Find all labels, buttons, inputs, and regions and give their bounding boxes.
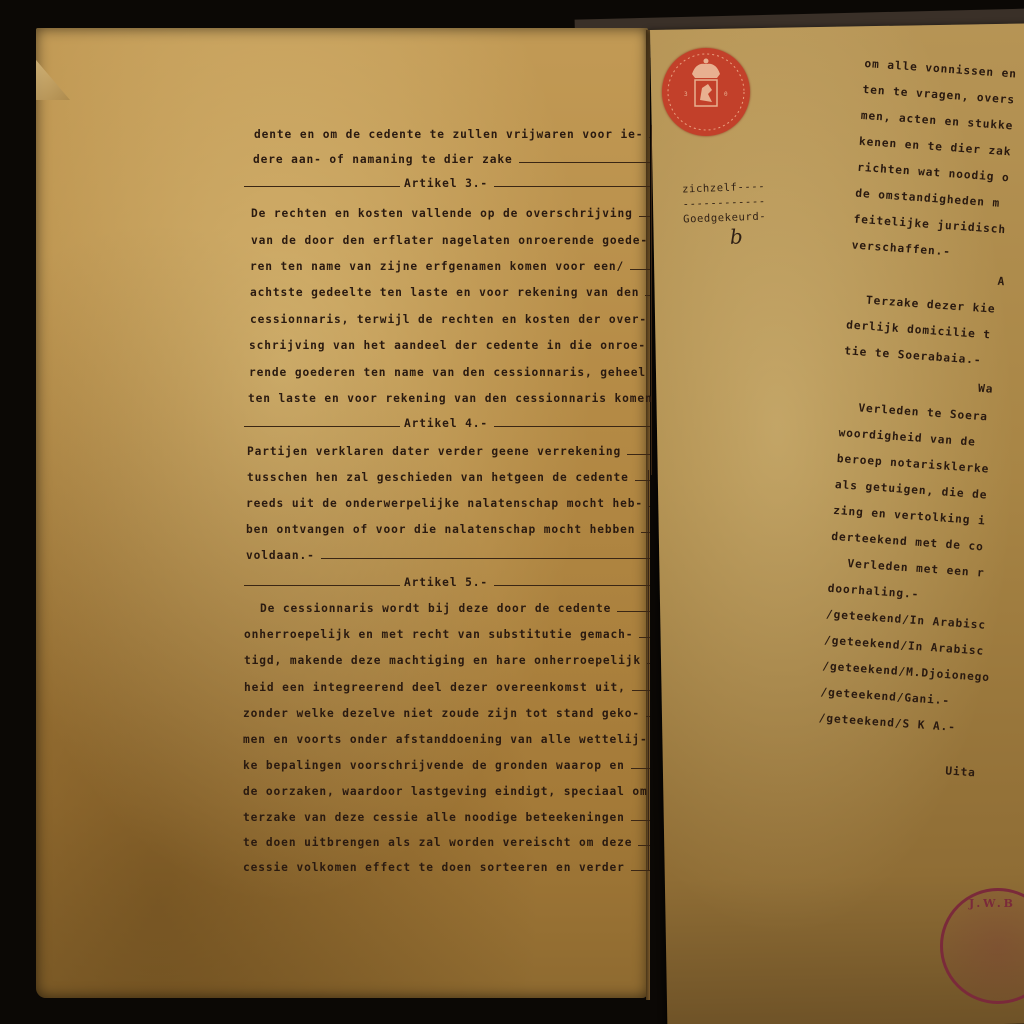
line-text: tusschen hen zal geschieden van hetgeen … <box>247 470 629 486</box>
svg-text:0: 0 <box>724 91 728 98</box>
line-text: A <box>997 274 1006 290</box>
typed-line: ke bepalingen voorschrijvende de gronden… <box>243 758 650 774</box>
typed-line: terzake van deze cessie alle noodige bet… <box>243 810 650 826</box>
crown-lion-emblem-icon: 3 0 <box>662 48 750 136</box>
typed-line: te doen uitbrengen als zal worden vereis… <box>243 835 650 851</box>
leader-rule <box>649 506 650 507</box>
typed-line: heid een integreerend deel dezer overeen… <box>244 680 650 696</box>
line-text: cessionnaris, terwijl de rechten en kost… <box>250 312 647 328</box>
heading-text: Artikel 3.- <box>404 176 488 192</box>
notary-seal-text: J.W.B <box>969 897 1016 910</box>
line-text: terzake van deze cessie alle noodige bet… <box>243 810 625 826</box>
right-margin-rule-lower <box>648 470 649 870</box>
line-text: Uita <box>945 763 977 781</box>
line-text: onherroepelijk en met recht van substitu… <box>244 627 633 643</box>
typed-line: reeds uit de onderwerpelijke nalatenscha… <box>246 496 650 512</box>
typed-line: rende goederen ten name van den cessionn… <box>249 365 650 381</box>
typed-line: de oorzaken, waardoor lastgeving eindigt… <box>243 784 650 800</box>
line-text: dere aan- of namaning te dier zake <box>253 152 513 168</box>
leader-rule <box>627 454 650 455</box>
leader-rule <box>639 216 650 217</box>
typed-line: cessionnaris, terwijl de rechten en kost… <box>250 312 650 328</box>
line-text: ke bepalingen voorschrijvende de gronden… <box>243 758 625 774</box>
typed-line: men en voorts onder afstanddoening van a… <box>243 732 650 748</box>
line-text: tigd, makende deze machtiging en hare on… <box>244 653 641 669</box>
handwritten-initial: b <box>730 229 768 245</box>
typed-line: van de door den erflater nagelaten onroe… <box>251 233 650 249</box>
typed-line: Partijen verklaren dater verder geene ve… <box>247 444 650 460</box>
leader-rule <box>244 186 400 187</box>
svg-text:3: 3 <box>684 91 688 98</box>
line-text: Wa <box>978 381 994 398</box>
typed-line: achtste gedeelte ten laste en voor reken… <box>250 285 650 301</box>
typed-line: voldaan.- <box>246 548 650 564</box>
typed-line: De cessionnaris wordt bij deze door de c… <box>260 601 650 617</box>
line-text: De rechten en kosten vallende op de over… <box>251 206 633 222</box>
typed-line: dente en om de cedente te zullen vrijwar… <box>254 127 650 143</box>
typed-line: A <box>997 274 1006 290</box>
red-crown-seal: 3 0 <box>662 48 750 136</box>
typed-line: tigd, makende deze machtiging en hare on… <box>244 653 650 669</box>
typed-line: tusschen hen zal geschieden van hetgeen … <box>247 470 650 486</box>
article-heading: Artikel 5.- <box>244 575 650 591</box>
line-text: dente en om de cedente te zullen vrijwar… <box>254 127 643 143</box>
typed-line: Uita <box>945 763 977 781</box>
notation-line: Goedgekeurd- <box>683 210 767 228</box>
line-text: De cessionnaris wordt bij deze door de c… <box>260 601 611 617</box>
line-text: men en voorts onder afstanddoening van a… <box>243 732 648 748</box>
typed-line: cessie volkomen effect te doen sorteeren… <box>243 860 650 876</box>
right-margin-rule <box>651 125 652 475</box>
typed-line: ten laste en voor rekening van den cessi… <box>248 391 650 407</box>
line-text: achtste gedeelte ten laste en voor reken… <box>250 285 639 301</box>
line-text: ben ontvangen of voor die nalatenschap m… <box>246 522 635 538</box>
line-text: Partijen verklaren dater verder geene ve… <box>247 444 621 460</box>
typed-line: zonder welke dezelve niet zoude zijn tot… <box>243 706 650 722</box>
line-text: voldaan.- <box>246 548 315 564</box>
article-heading: Artikel 3.- <box>244 176 650 192</box>
typed-line: Wa <box>978 381 994 398</box>
typed-line: ren ten name van zijne erfgenamen komen … <box>250 259 650 275</box>
leader-rule <box>321 558 650 559</box>
leader-rule <box>244 585 400 586</box>
line-text: te doen uitbrengen als zal worden vereis… <box>243 835 632 851</box>
typed-line: schrijving van het aandeel der cedente i… <box>249 338 650 354</box>
heading-text: Artikel 4.- <box>404 416 488 432</box>
line-text: van de door den erflater nagelaten onroe… <box>251 233 648 249</box>
leader-rule <box>649 137 650 138</box>
typed-line: dere aan- of namaning te dier zake <box>253 152 650 168</box>
leader-rule <box>630 269 650 270</box>
typed-line: onherroepelijk en met recht van substitu… <box>244 627 650 643</box>
typed-line: ben ontvangen of voor die nalatenschap m… <box>246 522 650 538</box>
leader-rule <box>494 585 650 586</box>
line-text: reeds uit de onderwerpelijke nalatenscha… <box>246 496 643 512</box>
article-heading: Artikel 4.- <box>244 416 650 432</box>
line-text: ren ten name van zijne erfgenamen komen … <box>250 259 624 275</box>
leader-rule <box>494 186 650 187</box>
leader-rule <box>645 295 650 296</box>
typed-line: De rechten en kosten vallende op de over… <box>251 206 650 222</box>
leader-rule <box>617 611 650 612</box>
leader-rule <box>494 426 650 427</box>
margin-approval-notation: zichzelf---- ------------ Goedgekeurd- b <box>682 180 767 247</box>
line-text: rende goederen ten name van den cessionn… <box>249 365 646 381</box>
line-text: heid een integreerend deel dezer overeen… <box>244 680 626 696</box>
line-text: zonder welke dezelve niet zoude zijn tot… <box>243 706 640 722</box>
line-text: de oorzaken, waardoor lastgeving eindigt… <box>243 784 648 800</box>
leader-rule <box>519 162 650 163</box>
line-text: schrijving van het aandeel der cedente i… <box>249 338 646 354</box>
leader-rule <box>244 426 400 427</box>
line-text: cessie volkomen effect te doen sorteeren… <box>243 860 625 876</box>
heading-text: Artikel 5.- <box>404 575 488 591</box>
line-text: ten laste en voor rekening van den cessi… <box>248 391 653 407</box>
